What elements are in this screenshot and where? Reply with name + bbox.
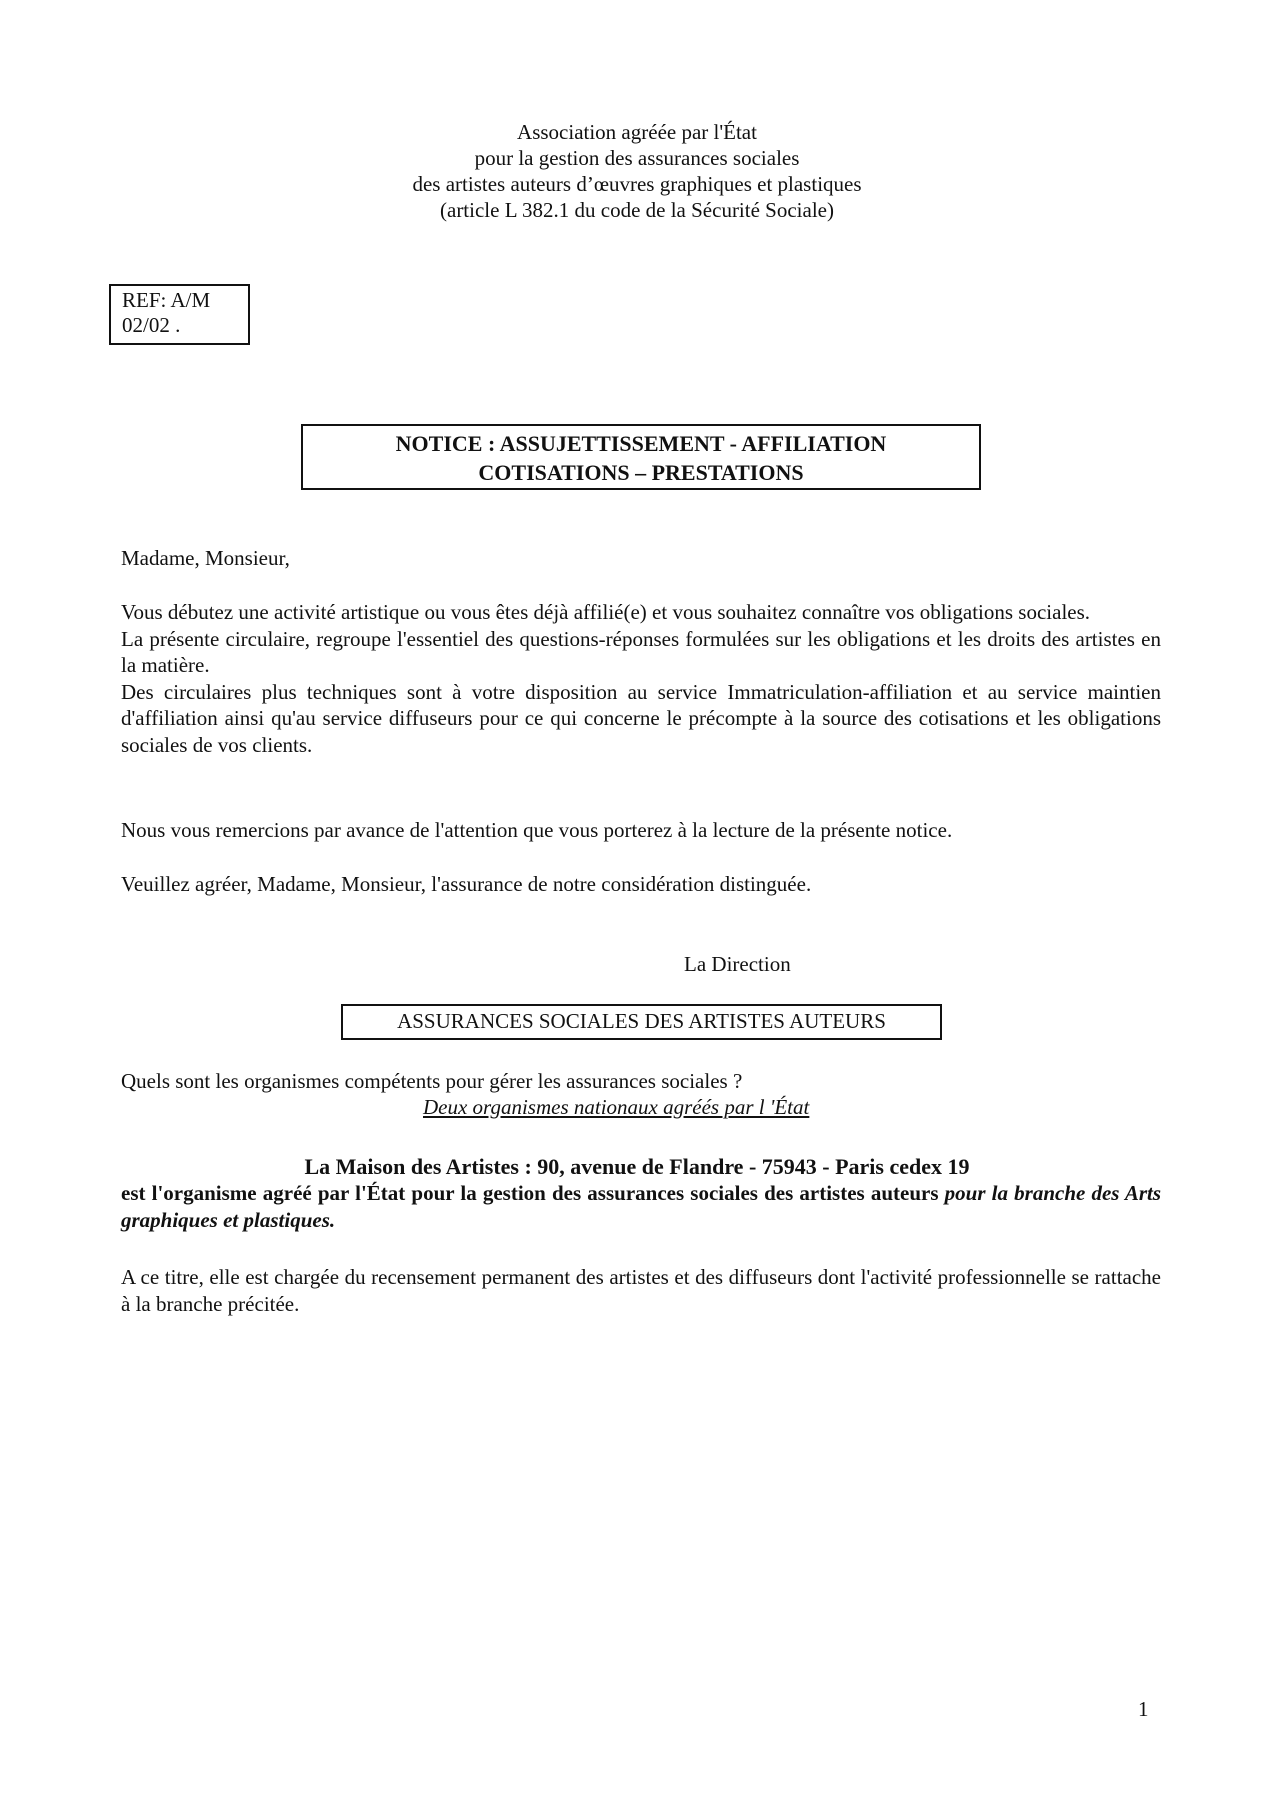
- letter-paragraph: Des circulaires plus techniques sont à v…: [121, 679, 1161, 759]
- letter-paragraph: La présente circulaire, regroupe l'essen…: [121, 626, 1161, 679]
- letter-thanks: Nous vous remercions par avance de l'att…: [121, 817, 1161, 844]
- reference-line: 02/02 .: [122, 313, 248, 338]
- association-header: Association agréée par l'État pour la ge…: [0, 119, 1274, 223]
- section-question: Quels sont les organismes compétents pou…: [121, 1068, 1161, 1095]
- section-paragraph: A ce titre, elle est chargée du recensem…: [121, 1264, 1161, 1317]
- letter-closing: Veuillez agréer, Madame, Monsieur, l'ass…: [121, 871, 1161, 898]
- reference-line: REF: A/M: [122, 288, 248, 313]
- org-description: est l'organisme agréé par l'État pour la…: [121, 1180, 1161, 1233]
- page-number: 1: [1138, 1697, 1149, 1722]
- notice-title-line: COTISATIONS – PRESTATIONS: [303, 458, 979, 487]
- reference-box: REF: A/M 02/02 .: [109, 284, 250, 345]
- signature: La Direction: [684, 952, 791, 977]
- letter-body: Vous débutez une activité artistique ou …: [121, 599, 1161, 758]
- header-line: Association agréée par l'État: [0, 119, 1274, 145]
- header-line: des artistes auteurs d’œuvres graphiques…: [0, 171, 1274, 197]
- letter-paragraph: Vous débutez une activité artistique ou …: [121, 599, 1161, 626]
- section-answer: Deux organismes nationaux agréés par l '…: [423, 1095, 809, 1120]
- section-title-box: ASSURANCES SOCIALES DES ARTISTES AUTEURS: [341, 1004, 942, 1040]
- notice-title-box: NOTICE : ASSUJETTISSEMENT - AFFILIATION …: [301, 424, 981, 490]
- header-line: pour la gestion des assurances sociales: [0, 145, 1274, 171]
- salutation: Madame, Monsieur,: [121, 545, 1161, 572]
- section-title: ASSURANCES SOCIALES DES ARTISTES AUTEURS: [397, 1009, 886, 1033]
- org-heading: La Maison des Artistes : 90, avenue de F…: [0, 1154, 1274, 1180]
- notice-title-line: NOTICE : ASSUJETTISSEMENT - AFFILIATION: [303, 429, 979, 458]
- org-description-bold: est l'organisme agréé par l'État pour la…: [121, 1181, 945, 1205]
- section-answer-text: Deux organismes nationaux agréés par l '…: [423, 1095, 809, 1119]
- header-line: (article L 382.1 du code de la Sécurité …: [0, 197, 1274, 223]
